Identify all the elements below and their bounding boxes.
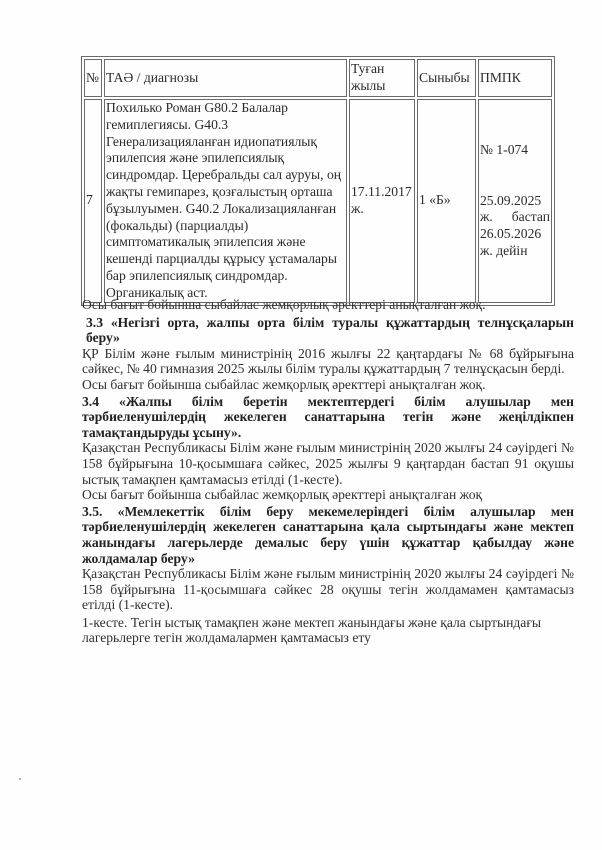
header-ppmk: ПМПК <box>478 59 552 97</box>
note-no-corruption: Осы бағыт бойынша сыбайлас жемқорлық әре… <box>82 297 574 313</box>
table-row: 7 Похилько Роман G80.2 Балалар гемиплеги… <box>84 99 552 303</box>
header-birth-year: Туған жылы <box>349 59 415 97</box>
cell-ppmk: № 1-074 25.09.2025 ж. бастап 26.05.2026 … <box>478 99 552 303</box>
section-3-4-note: Осы бағыт бойынша сыбайлас жемқорлық әре… <box>82 487 574 503</box>
header-number: № <box>84 59 102 97</box>
section-3-4-body: Қазақстан Республикасы Білім және ғылым … <box>82 440 574 487</box>
section-3-3-heading: 3.3 «Негізгі орта, жалпы орта білім тура… <box>82 315 574 346</box>
cell-number: 7 <box>84 99 102 303</box>
section-3-3-body: ҚР Білім және ғылым министрінің 2016 жыл… <box>82 346 574 377</box>
ppmk-number: № 1-074 <box>480 142 550 159</box>
ppmk-period: 25.09.2025 ж. бастап 26.05.2026 ж. дейін <box>480 193 550 260</box>
table-header-row: № ТАӘ / диагнозы Туған жылы Сыныбы ПМПК <box>84 59 552 97</box>
document-page: № ТАӘ / диагнозы Туған жылы Сыныбы ПМПК … <box>0 0 602 850</box>
body-text: Осы бағыт бойынша сыбайлас жемқорлық әре… <box>82 297 574 646</box>
cell-class: 1 «Б» <box>417 99 476 303</box>
scan-artifact <box>19 778 21 780</box>
section-3-3-note: Осы бағыт бойынша сыбайлас жемқорлық әре… <box>82 377 574 393</box>
cell-birth-year: 17.11.2017 ж. <box>349 99 415 303</box>
section-3-5-heading: 3.5. «Мемлекеттік білім беру мекемелерін… <box>82 504 574 566</box>
header-class: Сыныбы <box>417 59 476 97</box>
section-3-4-heading: 3.4 «Жалпы білім беретін мектептердегі б… <box>82 394 574 441</box>
ppmk-student-table: № ТАӘ / диагнозы Туған жылы Сыныбы ПМПК … <box>81 56 555 306</box>
table-1-caption: 1-кесте. Тегін ыстық тамақпен және мекте… <box>82 615 574 646</box>
section-3-5-body: Қазақстан Республикасы Білім және ғылым … <box>82 566 574 613</box>
cell-name-diagnosis: Похилько Роман G80.2 Балалар гемиплегияс… <box>104 99 347 303</box>
header-name-diagnosis: ТАӘ / диагнозы <box>104 59 347 97</box>
